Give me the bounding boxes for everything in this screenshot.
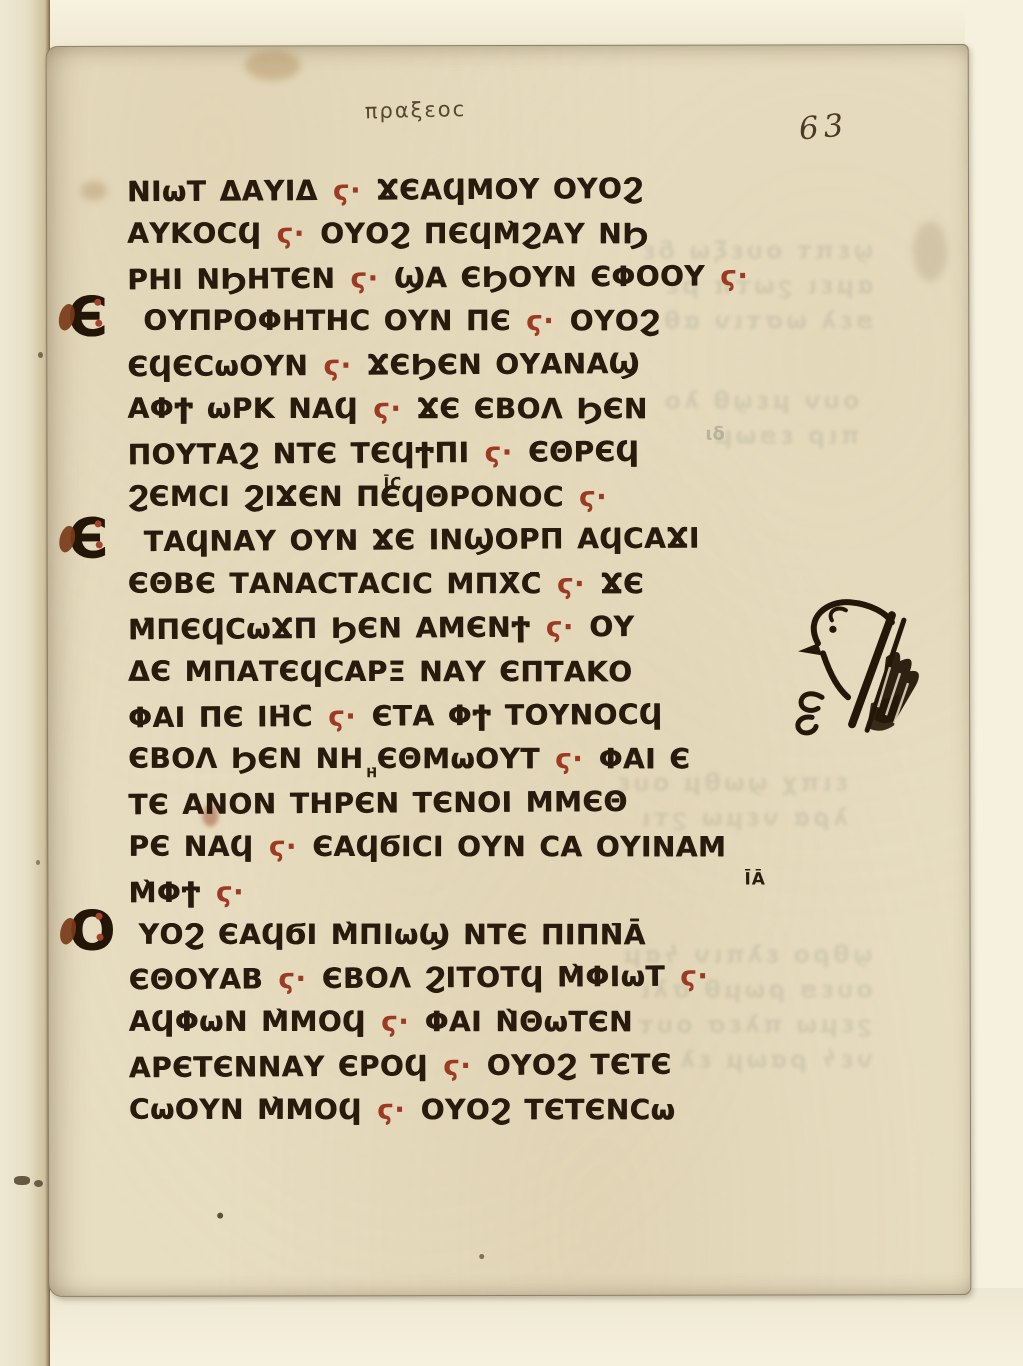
line-text: ΤΑϤΝΑΥ ΟΥΝ ϪЄ ΙΝϢΟΡΠ ΑϤϹΑϪΙ <box>144 522 700 559</box>
sewing-speck <box>36 860 40 865</box>
text-line: ЄΒΟΛ ϦЄΝ ΝΗ ЄΘΜωΟΥΤ ϛ· ΦΑΙ Є <box>128 737 776 781</box>
line-text: ΦΑΙ Є <box>585 743 690 776</box>
line-text: ΟΥΟϨ ΤЄΤЄ <box>473 1048 671 1082</box>
red-punctuation-mark: ϛ· <box>331 174 363 207</box>
red-punctuation-mark: ϛ· <box>375 1093 407 1126</box>
red-punctuation-mark: ϛ· <box>348 261 380 294</box>
red-punctuation-mark: ϛ· <box>524 305 556 338</box>
line-text: ΟΥΟϨ <box>556 305 660 338</box>
text-block: ΝΙωΤ ΔΑΥΙΔ ϛ· ϪЄΑϤΜΟΥ ΟΥΟϨΑΥΚΟϹϤ ϛ· ΟΥΟϨ… <box>127 167 777 1132</box>
text-line: ЄϤЄϹωΟΥΝ ϛ· ϪЄϦЄΝ ΟΥΑΝΑϢ <box>127 341 775 389</box>
red-punctuation-mark: ϛ· <box>371 392 403 425</box>
line-text: ЄΤΑ ΦϮ ΤΟΥΝΟϹϤ <box>358 697 662 732</box>
smudge-stain <box>913 221 947 281</box>
ink-dot <box>217 1213 223 1219</box>
line-text: ϢΑ ЄϦΟΥΝ ЄΦΟΟΥ <box>381 259 719 294</box>
underlying-page-edge-right <box>965 0 1023 1366</box>
line-text: ΦΑΙ Ν̀ΘωΤЄΝ <box>411 1005 633 1038</box>
red-punctuation-mark: ϛ· <box>555 567 587 600</box>
red-punctuation-mark: ϛ· <box>275 217 307 250</box>
line-text: ΟΥΟϨ ΠЄϤΜ̀ϨΑΥ ΝϦ <box>307 217 649 250</box>
paragraph-initial: Є <box>67 290 108 345</box>
text-line: ϨЄΜϹΙ ϨΙϪЄΝ ΠЄϤΘΡΟΝΟϹ ϛ· <box>128 474 776 518</box>
text-line: Μ̀ΦϮ ϛ· <box>128 867 776 915</box>
bird-ornament-drawing <box>786 591 928 751</box>
line-text: ΡЄ ΝΑϤ <box>128 830 267 863</box>
red-punctuation-mark: ϛ· <box>441 1049 473 1082</box>
text-line: ΟΥΟϨ ЄΑϤϬΙ Μ̀ΠΙωϢ ΝΤЄ ΠΙΠΝ̄Ᾱ <box>129 912 777 956</box>
paragraph-initial: Є <box>68 512 109 567</box>
line-text: ΤЄ ΑΝΟΝ ΤΗΡЄΝ ΤЄΝΟΙ ΜΜЄΘ <box>128 785 628 821</box>
line-text: ϪЄϦЄΝ ΟΥΑΝΑϢ <box>354 347 640 382</box>
line-text: ΑΦϮ ωΡΚ ΝΑϤ <box>127 392 371 425</box>
text-line: ЄΤΑϤΝΑΥ ΟΥΝ ϪЄ ΙΝϢΟΡΠ ΑϤϹΑϪΙ <box>128 516 776 564</box>
manuscript-page: ϣεπτ ουεξω δε αμει ϩωτπ ρε ϧελ ωστιν αθο… <box>46 44 972 1297</box>
line-text: ЄΒΟΛ ϦЄΝ ΝΗ ЄΘΜωΟΥΤ <box>128 742 553 775</box>
line-text: Μ̄ΠЄϤϹωϪΠ ϦЄΝ ΑΜЄΝϮ <box>128 610 544 646</box>
red-punctuation-mark: ϛ· <box>379 1005 411 1038</box>
underlying-page-edge-bottom <box>40 1288 1023 1366</box>
text-line: ЄΘΟΥΑΒ ϛ· ЄΒΟΛ ϨΙΤΟΤϤ Μ̀ΦΙωΤ ϛ· <box>129 954 777 1002</box>
section-number-marginal: ῙᾹ <box>744 869 766 889</box>
line-text: ΝΙωΤ ΔΑΥΙΔ <box>127 174 331 208</box>
line-text: ϪЄ <box>587 567 644 600</box>
red-punctuation-mark: ϛ· <box>214 875 246 908</box>
text-line: ΑΥΚΟϹϤ ϛ· ΟΥΟϨ ΠЄϤΜ̀ϨΑΥ ΝϦ <box>127 212 775 256</box>
line-text: ΟΥΠΡΟΦΗΤΗϹ ΟΥΝ ΠЄ <box>143 304 524 337</box>
line-text: ΥΟϨ ЄΑϤϬΙ Μ̀ΠΙωϢ ΝΤЄ ΠΙΠΝ̄Ᾱ <box>139 917 646 951</box>
folio-number: 63 <box>797 107 849 147</box>
line-text: ϨЄΜϹΙ ϨΙϪЄΝ ΠЄϤΘΡΟΝΟϹ <box>128 479 577 512</box>
red-punctuation-mark: ϛ· <box>553 743 585 776</box>
red-punctuation-mark: ϛ· <box>267 830 299 863</box>
sewing-speck <box>38 352 43 358</box>
line-text: ЄΘΟΥΑΒ <box>129 963 277 997</box>
text-line: ΡЄ ΝΑϤ ϛ· ЄΑϤϬΙϹΙ ΟΥΝ ϹΑ ΟΥΙΝΑΜ <box>128 825 776 869</box>
text-line: ΔЄ ΜΠΑΤЄϤϹΑΡΞ ΝΑΥ ЄΠΤΑΚΟ <box>128 650 776 694</box>
line-text: ϪЄ ЄΒΟΛ ϦЄΝ <box>403 392 647 425</box>
text-line: ΝΙωΤ ΔΑΥΙΔ ϛ· ϪЄΑϤΜΟΥ ΟΥΟϨ <box>127 166 775 214</box>
text-line: Μ̄ΠЄϤϹωϪΠ ϦЄΝ ΑΜЄΝϮ ϛ· ΟΥ <box>128 604 776 652</box>
line-text: ΟΥ <box>576 610 635 643</box>
line-text: ЄΘΡЄϤ <box>515 435 640 469</box>
foxing-stain <box>81 181 107 201</box>
red-punctuation-mark: ϛ· <box>482 435 514 468</box>
line-text: ЄΑϤϬΙϹΙ ΟΥΝ ϹΑ ΟΥΙΝΑΜ <box>299 830 726 863</box>
text-line: ΡΗΙ ΝϦΗΤЄΝ ϛ· ϢΑ ЄϦΟΥΝ ЄΦΟΟΥ ϛ· <box>127 254 775 302</box>
red-punctuation-mark: ϛ· <box>321 349 353 382</box>
book-gutter <box>0 0 50 1366</box>
text-line: ΠΟΥΤΑϨ ΝΤЄ ΤЄϤϮΠΙ ϛ· ЄΘΡЄϤ <box>127 429 775 477</box>
text-line: ЄΘΒЄ ΤΑΝΑϹΤΑϹΙϹ ΜΠΧ̄Ϲ̄ ϛ· ϪЄ <box>128 562 776 606</box>
line-text: ΠΟΥΤΑϨ ΝΤЄ ΤЄϤϮΠΙ <box>127 436 482 471</box>
line-text: ΔЄ ΜΠΑΤЄϤϹΑΡΞ ΝΑΥ ЄΠΤΑΚΟ <box>128 655 632 689</box>
interlinear-nomen-sacrum: ῙϹ̄ <box>384 474 403 492</box>
red-punctuation-mark: ϛ· <box>577 480 609 513</box>
red-punctuation-mark: ϛ· <box>678 960 710 993</box>
ink-blot <box>14 1176 30 1185</box>
running-title: πραξεοϲ <box>365 97 467 123</box>
text-line: ΑΡЄΤЄΝΝΑΥ ЄΡΟϤ ϛ· ΟΥΟϨ ΤЄΤЄ <box>129 1042 777 1090</box>
line-text: ΑΥΚΟϹϤ <box>127 217 275 250</box>
line-text: Μ̀ΦϮ <box>128 875 214 909</box>
manuscript-photo: ϣεπτ ουεξω δε αμει ϩωτπ ρε ϧελ ωστιν αθο… <box>0 0 1023 1366</box>
text-line: ΤЄ ΑΝΟΝ ΤΗΡЄΝ ΤЄΝΟΙ ΜΜЄΘ <box>128 779 776 827</box>
line-text: ЄϤЄϹωΟΥΝ <box>127 349 321 383</box>
line-text: ΟΥΟϨ ΤЄΤЄΝϹω <box>407 1093 675 1126</box>
text-line: ЄΟΥΠΡΟΦΗΤΗϹ ΟΥΝ ΠЄ ϛ· ΟΥΟϨ <box>127 299 775 343</box>
red-punctuation-mark: ϛ· <box>544 610 576 643</box>
foxing-stain <box>245 50 301 80</box>
text-line: ϹωΟΥΝ Μ̀ΜΟϤ ϛ· ΟΥΟϨ ΤЄΤЄΝϹω <box>129 1088 777 1132</box>
line-text: ϪЄΑϤΜΟΥ ΟΥΟϨ <box>363 172 643 207</box>
line-text: ΑϤΦωΝ Μ̀ΜΟϤ <box>129 1005 379 1038</box>
underlying-page-edge-top <box>44 0 1023 50</box>
line-text: ΦΑΙ ΠЄ ΙΗ̄Ϲ̄ <box>128 699 326 733</box>
paragraph-initial: Ο <box>69 903 116 958</box>
red-punctuation-mark: ϛ· <box>718 259 750 292</box>
text-line: ΑΦϮ ωΡΚ ΝΑϤ ϛ· ϪЄ ЄΒΟΛ ϦЄΝ <box>127 387 775 431</box>
text-line: ΦΑΙ ΠЄ ΙΗ̄Ϲ̄ ϛ· ЄΤΑ ΦϮ ΤΟΥΝΟϹϤ <box>128 692 776 740</box>
ink-blot <box>34 1180 43 1187</box>
line-text: ЄΒΟΛ ϨΙΤΟΤϤ Μ̀ΦΙωΤ <box>308 960 678 995</box>
line-text: ΑΡЄΤЄΝΝΑΥ ЄΡΟϤ <box>129 1049 442 1084</box>
line-text: ϹωΟΥΝ Μ̀ΜΟϤ <box>129 1093 375 1126</box>
line-text: ΡΗΙ ΝϦΗΤЄΝ <box>127 261 349 295</box>
text-line: ΑϤΦωΝ Μ̀ΜΟϤ ϛ· ΦΑΙ Ν̀ΘωΤЄΝ <box>129 1000 777 1044</box>
red-punctuation-mark: ϛ· <box>276 962 308 995</box>
line-text: ЄΘΒЄ ΤΑΝΑϹΤΑϹΙϹ ΜΠΧ̄Ϲ̄ <box>128 567 555 600</box>
ink-dot <box>479 1254 484 1259</box>
superscript-letter: Η̄ <box>366 766 378 781</box>
red-punctuation-mark: ϛ· <box>326 699 358 732</box>
